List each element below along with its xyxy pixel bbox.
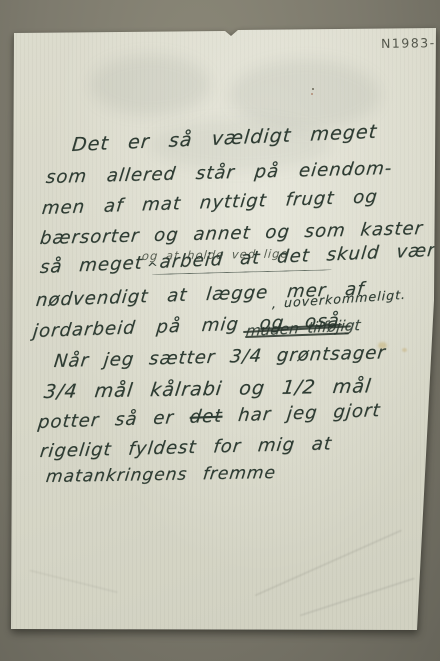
photo-background: N1983-2 Det er så vældigt meget som alle…: [0, 0, 440, 661]
handwriting-line-11: rigeligt fyldest for mig at: [39, 433, 333, 462]
handwriting-line-2: som allered står på eiendom-: [45, 158, 394, 188]
line-10-pre: potter så er: [37, 407, 175, 433]
line-10-struck-word: det: [189, 406, 224, 428]
archive-number-label: N1983-2: [381, 35, 440, 51]
crease-line: [255, 530, 402, 596]
paper-sheet: N1983-2 Det er så vældigt meget som alle…: [0, 0, 440, 661]
speck: [312, 88, 314, 90]
handwriting-line-8: Når jeg sætter 3/4 grøntsager: [53, 342, 387, 372]
ink-showthrough: [90, 55, 210, 115]
line-10-post: har jeg gjort: [237, 400, 382, 426]
handwriting-line-3: men af mat nyttigt frugt og: [41, 186, 379, 219]
paper: N1983-2 Det er så vældigt meget som alle…: [0, 0, 440, 661]
handwriting-line-12: matankringens fremme: [45, 463, 277, 487]
crease-line: [30, 570, 118, 593]
speck: [311, 93, 313, 95]
handwriting-line-10: potter så er det har jeg gjort: [37, 400, 382, 433]
stain-spot: [402, 348, 407, 352]
handwriting-line-9: 3/4 mål kålrabi og 1/2 mål: [43, 375, 373, 403]
crease-line: [300, 578, 414, 616]
